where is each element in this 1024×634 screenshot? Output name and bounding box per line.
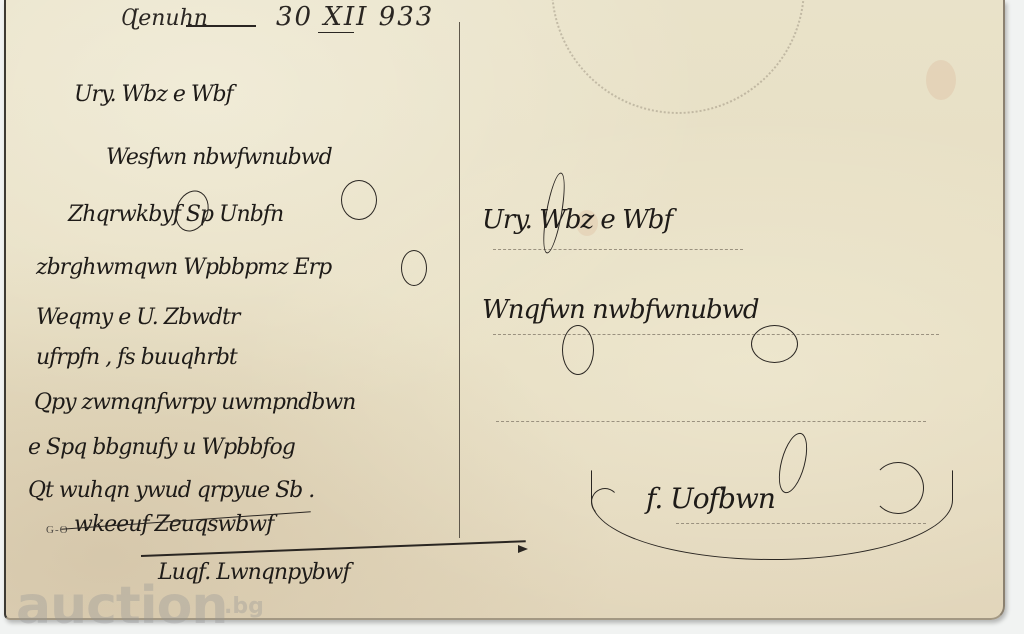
watermark: auction bbox=[16, 580, 227, 632]
place-name: Ɋenuhn bbox=[121, 6, 208, 31]
signature-flourish bbox=[872, 462, 924, 514]
ink-loop bbox=[562, 325, 594, 375]
arrow-head-icon bbox=[518, 545, 528, 553]
ink-loop bbox=[751, 325, 798, 363]
center-divider bbox=[459, 22, 460, 538]
date-underline bbox=[318, 32, 354, 33]
ink-loop bbox=[341, 180, 377, 220]
printer-mark: G-O bbox=[46, 524, 69, 536]
postmark-circle bbox=[551, 0, 805, 114]
address-line-rule bbox=[493, 334, 939, 335]
message-line: Ury. Wbz e Wbf bbox=[74, 82, 233, 107]
paper-stain bbox=[926, 60, 956, 100]
signature-flourish bbox=[591, 488, 619, 516]
watermark-suffix: .bg bbox=[224, 594, 264, 619]
message-line: Wesfwn nbwfwnubwd bbox=[106, 145, 332, 170]
message-line: Qpy zwmqnfwrpy uwmpndbwn bbox=[34, 390, 355, 415]
address-line-rule bbox=[493, 249, 743, 250]
address-line-rule bbox=[496, 421, 926, 422]
message-line: ufrpfn , fs buuqhrbt bbox=[36, 345, 237, 370]
ink-loop bbox=[401, 250, 427, 286]
flourish-arrow bbox=[141, 540, 526, 557]
address-line: Wnqfwn nwbfwnubwd bbox=[482, 295, 759, 325]
date: 30 XII 933 bbox=[276, 2, 434, 32]
message-line: zbrghwmqwn Wpbbpmz Erp bbox=[36, 255, 331, 280]
pen-stroke bbox=[186, 25, 256, 27]
ink-loop bbox=[170, 186, 214, 236]
postcard: Ɋenuhn 30 XII 933 Ury. Wbz e Wbf Wesfwn … bbox=[4, 0, 1005, 620]
message-line: Qt wuhqn ywud qrpyue Sb . bbox=[28, 478, 314, 503]
address-line: Ury. Wbz e Wbf bbox=[482, 205, 672, 235]
message-line: Weqmy e U. Zbwdtr bbox=[36, 305, 239, 330]
message-line: e Spq bbgnufy u Wpbbfog bbox=[28, 435, 295, 460]
